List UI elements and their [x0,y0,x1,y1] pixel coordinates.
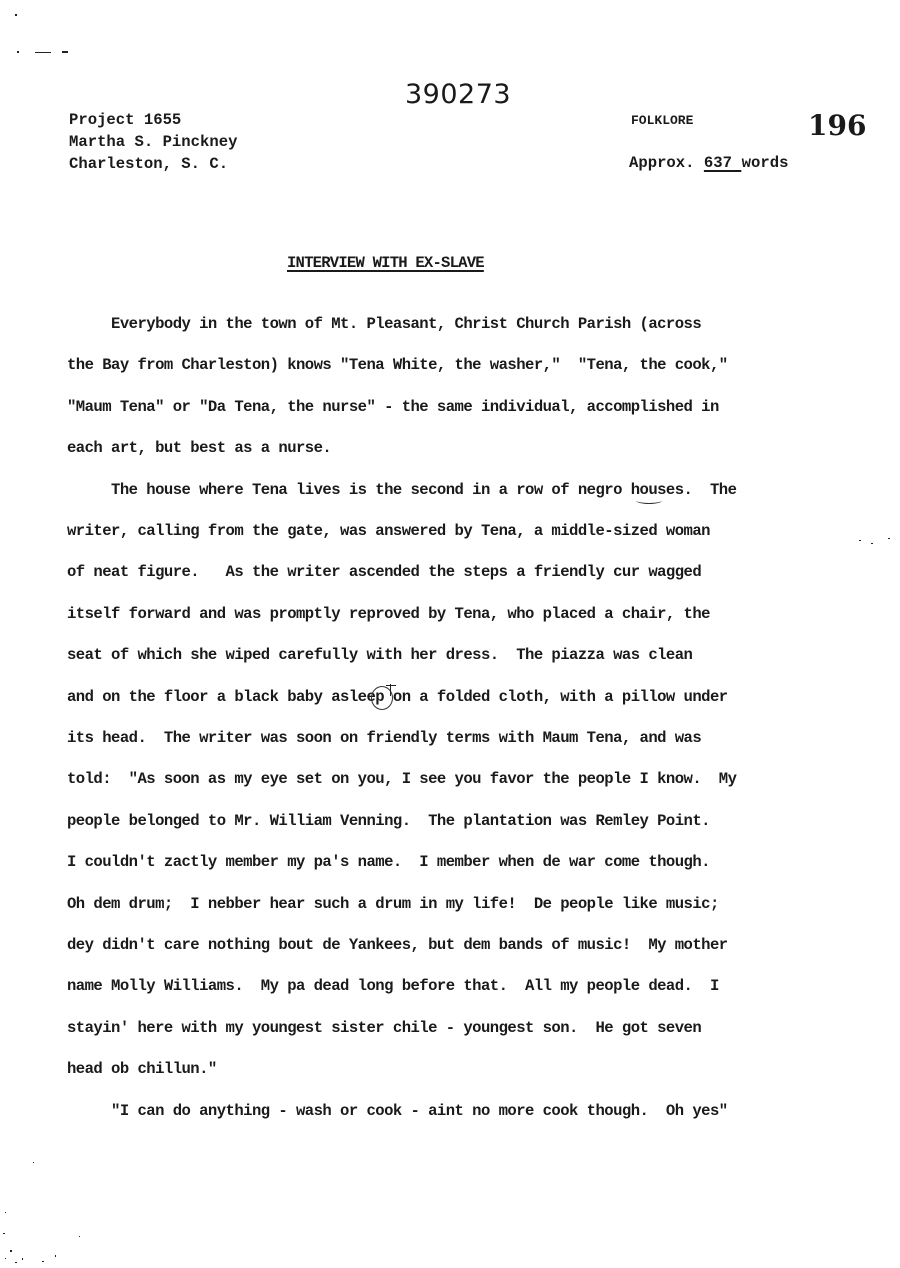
archive-stamp-number: 390273 [405,80,511,110]
handwritten-underline-mark [636,497,662,504]
scan-speck [33,1162,34,1163]
body-text-line: "Maum Tena" or "Da Tena, the nurse" - th… [67,398,719,416]
word-count-suffix: words [732,154,788,172]
body-text-line: told: "As soon as my eye set on you, I s… [67,770,736,788]
scan-speck [79,1236,80,1237]
body-text-line: seat of which she wiped carefully with h… [67,646,692,664]
scan-speck [871,543,873,544]
body-text-line: head ob chillun." [67,1060,217,1078]
body-text-line: itself forward and was promptly reproved… [67,605,710,623]
body-text-line: people belonged to Mr. William Venning. … [67,812,710,830]
body-text-line: name Molly Williams. My pa dead long bef… [67,977,719,995]
body-text-line: of neat figure. As the writer ascended t… [67,563,701,581]
scan-speck [888,538,890,539]
scan-speck [10,1250,12,1252]
scan-speck [35,52,51,53]
body-text-line: Everybody in the town of Mt. Pleasant, C… [67,315,701,333]
word-count-value: 637 [704,154,732,172]
scan-speck [3,1233,5,1234]
scan-speck [859,540,861,541]
handwritten-caret-mark [386,685,396,686]
word-count-prefix: Approx. [629,154,704,172]
body-text-line: dey didn't care nothing bout de Yankees,… [67,936,728,954]
scan-speck [17,51,19,53]
location-line: Charleston, S. C. [69,155,228,173]
document-title: INTERVIEW WITH EX-SLAVE [287,254,484,272]
body-text-line: and on the floor a black baby asleep on … [67,688,728,706]
body-text-line: stayin' here with my youngest sister chi… [67,1019,701,1037]
scan-speck [55,1255,56,1257]
scan-speck [62,51,68,53]
body-text-line: Oh dem drum; I nebber hear such a drum i… [67,895,719,913]
body-text-line: I couldn't zactly member my pa's name. I… [67,853,710,871]
body-text-line: writer, calling from the gate, was answe… [67,522,710,540]
body-text-line: the Bay from Charleston) knows "Tena Whi… [67,356,728,374]
body-text-line: "I can do anything - wash or cook - aint… [67,1102,728,1120]
document-page: 390273 196 Project 1655 Martha S. Pinckn… [0,0,900,1268]
scan-speck [5,1258,6,1259]
author-line: Martha S. Pinckney [69,133,237,151]
category-label: FOLKLORE [631,112,693,130]
body-text-line: each art, but best as a nurse. [67,439,331,457]
scan-speck [42,1261,44,1262]
project-line: Project 1655 [69,111,181,129]
scan-speck [22,1258,23,1260]
word-count-line: Approx. 637 words [629,154,788,172]
body-text-line: its head. The writer was soon on friendl… [67,729,701,747]
scan-speck [15,1262,17,1263]
scan-speck [15,14,17,16]
scan-speck [5,1212,6,1213]
page-number: 196 [808,110,866,142]
